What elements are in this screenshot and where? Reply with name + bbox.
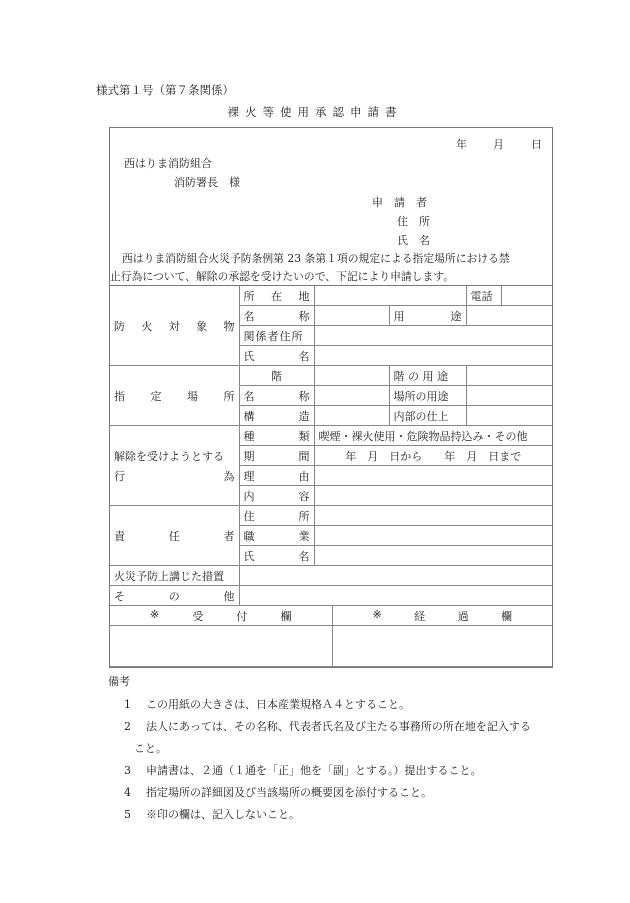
location-field[interactable] xyxy=(314,286,466,306)
place-use-field[interactable] xyxy=(466,386,552,406)
floor-use-label: 階 の 用 途 xyxy=(389,366,466,386)
period-label: 期間 xyxy=(239,446,314,466)
use-field[interactable] xyxy=(466,306,552,326)
addressee-org: 西はりま消防組合 xyxy=(124,155,212,171)
progress-header: ※経過欄 xyxy=(332,606,552,626)
floor-use-field[interactable] xyxy=(466,366,552,386)
reception-header: ※受付欄 xyxy=(110,606,332,626)
progress-field xyxy=(332,626,552,667)
structure-field[interactable] xyxy=(314,406,389,426)
other-label: その他 xyxy=(110,586,239,606)
structure-label: 構造 xyxy=(239,406,314,426)
person-name-field[interactable] xyxy=(314,346,552,366)
application-form-table: 年 月 日 西はりま消防組合 消防署長 様 申 請 者 住 所 氏 名 西はりま… xyxy=(109,127,553,668)
reason-field[interactable] xyxy=(314,466,552,486)
resp-occupation-label: 職業 xyxy=(239,526,314,546)
floor-field[interactable] xyxy=(314,366,389,386)
fire-prevention-field[interactable] xyxy=(239,566,552,586)
resp-name-field[interactable] xyxy=(314,546,552,566)
date-day[interactable]: 日 xyxy=(531,136,542,152)
content-field[interactable] xyxy=(314,486,552,506)
details-grid: 防火対象物 所在地 電話 名称 用途 関係者住所 氏名 指定場所 階 階 の 用… xyxy=(110,286,552,606)
resp-address-label: 住所 xyxy=(239,506,314,526)
responsible-label: 責任者 xyxy=(110,506,239,566)
addressee-title: 消防署長 様 xyxy=(174,174,240,190)
fire-prevention-label: 火災予防上講じた措置 xyxy=(110,566,239,586)
header-block: 年 月 日 西はりま消防組合 消防署長 様 申 請 者 住 所 氏 名 西はりま… xyxy=(110,128,552,286)
note-item-continuation: こと。 xyxy=(134,740,167,756)
other-field[interactable] xyxy=(239,586,552,606)
phone-field[interactable] xyxy=(501,286,552,306)
note-item: 4指定場所の詳細図及び当該場所の概要図を添付すること。 xyxy=(124,784,432,800)
statement-line1: 西はりま消防組合火災予防条例第 23 条第１項の規定による指定場所における禁 xyxy=(122,251,510,266)
related-address-label: 関係者住所 xyxy=(239,326,314,346)
type-label: 種類 xyxy=(239,426,314,446)
statement-line2: 止行為について、解除の承認を受けたいので、下記により申請します。 xyxy=(110,269,454,284)
date-year[interactable]: 年 xyxy=(456,136,467,152)
address-label: 住 所 xyxy=(397,213,430,229)
fire-object-label: 防火対象物 xyxy=(110,286,239,366)
notes-heading: 備考 xyxy=(108,673,130,689)
office-use-grid: ※受付欄 ※経過欄 xyxy=(110,606,552,667)
page-title: 裸火等使用承認申請書 xyxy=(0,104,630,120)
note-item: 5※印の欄は、記入しないこと。 xyxy=(124,806,300,822)
type-value[interactable]: 喫煙・裸火使用・危険物品持込み・その他 xyxy=(314,426,552,446)
date-month[interactable]: 月 xyxy=(493,136,504,152)
form-number-label: 様式第１号（第７条関係） xyxy=(96,82,234,98)
note-item: 3申請書は、２通（１通を「正」他を「副」とする。）提出すること。 xyxy=(124,762,482,778)
interior-field[interactable] xyxy=(466,406,552,426)
content-label: 内容 xyxy=(239,486,314,506)
reason-label: 理由 xyxy=(239,466,314,486)
person-name-label: 氏名 xyxy=(239,346,314,366)
reception-field xyxy=(110,626,332,667)
location-label: 所在地 xyxy=(239,286,314,306)
note-item: 2法人にあっては、その名称、代表者氏名及び主たる事務所の所在地を記入する xyxy=(124,718,531,734)
applicant-label: 申 請 者 xyxy=(372,194,427,210)
object-name-field[interactable] xyxy=(314,306,389,326)
phone-label: 電話 xyxy=(466,286,501,306)
note-item: 1この用紙の大きさは、日本産業規格Ａ４とすること。 xyxy=(124,696,410,712)
act-label: 解除を受けようとする 行為 xyxy=(110,426,239,506)
resp-address-field[interactable] xyxy=(314,506,552,526)
related-address-field[interactable] xyxy=(314,326,552,346)
resp-name-label: 氏名 xyxy=(239,546,314,566)
name-label: 氏 名 xyxy=(397,232,430,248)
object-name-label: 名称 xyxy=(239,306,314,326)
interior-label: 内部の仕上 xyxy=(389,406,466,426)
designated-place-label: 指定場所 xyxy=(110,366,239,426)
place-use-label: 場所の用途 xyxy=(389,386,466,406)
place-name-label: 名称 xyxy=(239,386,314,406)
floor-label: 階 xyxy=(239,366,314,386)
place-name-field[interactable] xyxy=(314,386,389,406)
use-label: 用途 xyxy=(389,306,466,326)
resp-occupation-field[interactable] xyxy=(314,526,552,546)
period-value[interactable]: 年 月 日から 年 月 日まで xyxy=(314,446,552,466)
